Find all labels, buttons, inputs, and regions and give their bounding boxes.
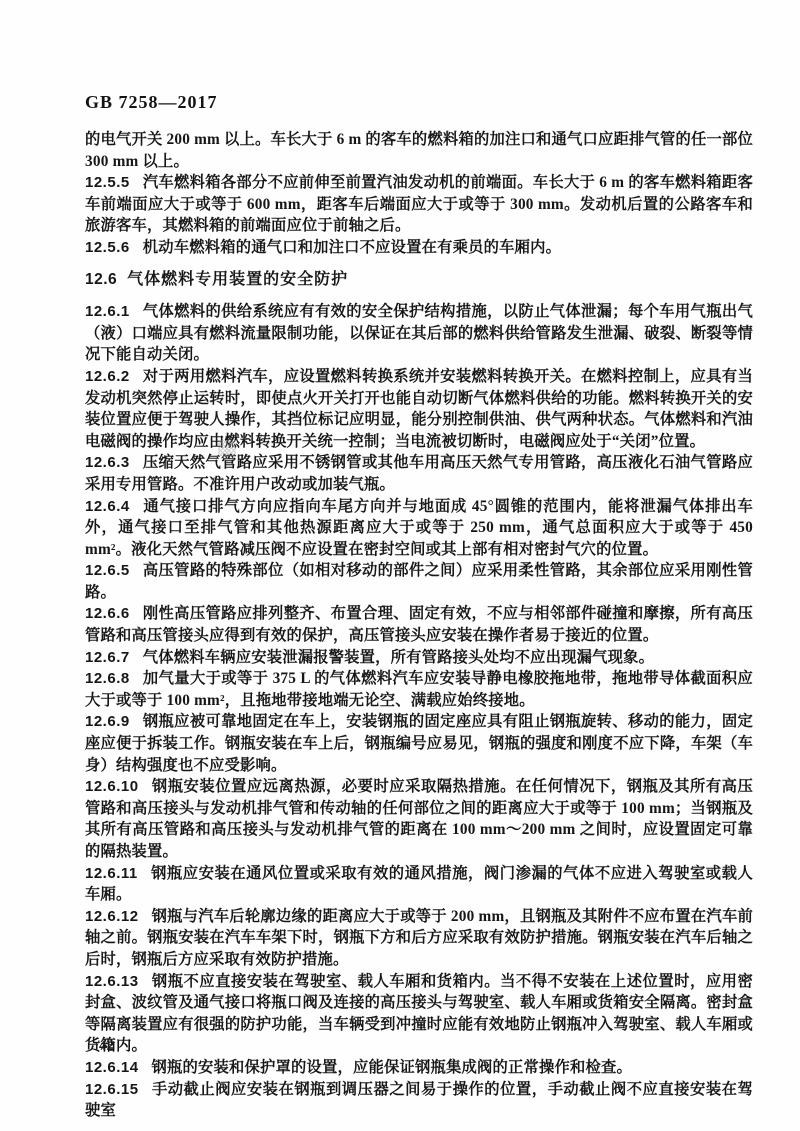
clause-text: 钢瓶与汽车后轮廓边缘的距离应大于或等于 200 mm，且钢瓶及其附件不应布置在汽… [85, 908, 753, 968]
clause-text: 对于两用燃料汽车，应设置燃料转换系统并安装燃料转换开关。在燃料控制上，应具有当发… [85, 368, 753, 450]
clause-number: 12.6.5 [85, 562, 143, 579]
clause-paragraph: 的电气开关 200 mm 以上。车长大于 6 m 的客车的燃料箱的加注口和通气口… [85, 129, 753, 172]
clause-number: 12.6.8 [85, 670, 143, 687]
clause-number: 12.6.13 [85, 973, 152, 990]
clause-text: 钢瓶安装位置应远离热源，必要时应采取隔热措施。在任何情况下，钢瓶及其所有高压管路… [85, 778, 753, 860]
clause-text: 钢瓶应安装在通风位置或采取有效的通风措施，阀门渗漏的气体不应进入驾驶室或载人车厢… [85, 865, 753, 904]
clause-number: 12.6.4 [85, 498, 143, 515]
scanned-page: GB 7258—2017 的电气开关 200 mm 以上。车长大于 6 m 的客… [0, 0, 800, 1131]
section-heading: 12.6气体燃料专用装置的安全防护 [85, 269, 753, 291]
clause-paragraph: 12.6.6刚性高压管路应排列整齐、布置合理、固定有效，不应与相邻部件碰撞和摩擦… [85, 603, 753, 646]
clause-text: 刚性高压管路应排列整齐、布置合理、固定有效，不应与相邻部件碰撞和摩擦，所有高压管… [85, 605, 753, 644]
clause-number: 12.6.3 [85, 454, 143, 471]
clause-paragraph: 12.5.5汽车燃料箱各部分不应前伸至前置汽油发动机的前端面。车长大于 6 m … [85, 172, 753, 237]
clause-paragraph: 12.6.12钢瓶与汽车后轮廓边缘的距离应大于或等于 200 mm，且钢瓶及其附… [85, 906, 753, 971]
clause-number: 12.6.15 [85, 1081, 152, 1098]
clause-number: 12.6.7 [85, 649, 143, 666]
standard-code-header: GB 7258—2017 [85, 92, 218, 113]
clause-number: 12.6.12 [85, 908, 152, 925]
clause-text: 机动车燃料箱的通气口和加注口不应设置在有乘员的车厢内。 [143, 239, 561, 256]
clause-number: 12.5.5 [85, 174, 143, 191]
clause-paragraph: 12.6.10钢瓶安装位置应远离热源，必要时应采取隔热措施。在任何情况下，钢瓶及… [85, 776, 753, 862]
clause-text: 气体燃料车辆应安装泄漏报警装置，所有管路接头处均不应出现漏气现象。 [143, 649, 654, 666]
clause-text: 手动截止阀应安装在钢瓶到调压器之间易于操作的位置，手动截止阀不应直接安装在驾驶室 [85, 1081, 753, 1120]
page-number: 42 [99, 1038, 114, 1055]
clause-number: 12.6.9 [85, 713, 143, 730]
clause-paragraph: 12.6.8加气量大于或等于 375 L 的气体燃料汽车应安装导静电橡胶拖地带，… [85, 668, 753, 711]
clause-number: 12.6 [85, 271, 127, 288]
clause-text: 气体燃料专用装置的安全防护 [127, 271, 348, 288]
clause-text: 钢瓶的安装和保护罩的设置，应能保证钢瓶集成阀的正常操作和检查。 [152, 1059, 632, 1076]
clause-paragraph: 12.6.7气体燃料车辆应安装泄漏报警装置，所有管路接头处均不应出现漏气现象。 [85, 647, 753, 669]
clause-text: 通气接口排气方向应指向车尾方向并与地面成 45°圆锥的范围内，能将泄漏气体排出车… [85, 498, 753, 558]
clause-paragraph: 12.6.4通气接口排气方向应指向车尾方向并与地面成 45°圆锥的范围内，能将泄… [85, 496, 753, 561]
clause-number: 12.6.6 [85, 605, 143, 622]
clause-number: 12.6.1 [85, 303, 143, 320]
clause-paragraph: 12.6.3压缩天然气管路应采用不锈钢管或其他车用高压天然气专用管路，高压液化石… [85, 452, 753, 495]
clause-paragraph: 12.6.9钢瓶应被可靠地固定在车上，安装钢瓶的固定座应具有阻止钢瓶旋转、移动的… [85, 711, 753, 776]
clause-paragraph: 12.5.6机动车燃料箱的通气口和加注口不应设置在有乘员的车厢内。 [85, 237, 753, 259]
clause-text: 钢瓶不应直接安装在驾驶室、载人车厢和货箱内。当不得不安装在上述位置时，应用密封盒… [85, 973, 753, 1055]
clause-number: 12.6.11 [85, 865, 151, 882]
clause-text: 加气量大于或等于 375 L 的气体燃料汽车应安装导静电橡胶拖地带，拖地带导体截… [85, 670, 753, 709]
clause-number: 12.6.2 [85, 368, 143, 385]
clause-text: 高压管路的特殊部位（如相对移动的部件之间）应采用柔性管路，其余部位应采用刚性管路… [85, 562, 753, 601]
clause-text: 汽车燃料箱各部分不应前伸至前置汽油发动机的前端面。车长大于 6 m 的客车燃料箱… [85, 174, 753, 234]
clause-number: 12.6.10 [85, 778, 152, 795]
clause-paragraph: 12.6.1气体燃料的供给系统应有有效的安全保护结构措施，以防止气体泄漏；每个车… [85, 301, 753, 366]
clause-paragraph: 12.6.5高压管路的特殊部位（如相对移动的部件之间）应采用柔性管路，其余部位应… [85, 560, 753, 603]
clause-number: 12.6.14 [85, 1059, 152, 1076]
clause-text: 的电气开关 200 mm 以上。车长大于 6 m 的客车的燃料箱的加注口和通气口… [85, 131, 753, 170]
clause-text: 气体燃料的供给系统应有有效的安全保护结构措施，以防止气体泄漏；每个车用气瓶出气（… [85, 303, 753, 363]
document-body: 的电气开关 200 mm 以上。车长大于 6 m 的客车的燃料箱的加注口和通气口… [85, 129, 753, 1122]
clause-number: 12.5.6 [85, 239, 143, 256]
clause-paragraph: 12.6.13钢瓶不应直接安装在驾驶室、载人车厢和货箱内。当不得不安装在上述位置… [85, 971, 753, 1057]
clause-paragraph: 12.6.15手动截止阀应安装在钢瓶到调压器之间易于操作的位置，手动截止阀不应直… [85, 1079, 753, 1122]
clause-text: 压缩天然气管路应采用不锈钢管或其他车用高压天然气专用管路，高压液化石油气管路应采… [85, 454, 753, 493]
clause-paragraph: 12.6.14钢瓶的安装和保护罩的设置，应能保证钢瓶集成阀的正常操作和检查。 [85, 1057, 753, 1079]
clause-paragraph: 12.6.2对于两用燃料汽车，应设置燃料转换系统并安装燃料转换开关。在燃料控制上… [85, 366, 753, 452]
clause-text: 钢瓶应被可靠地固定在车上，安装钢瓶的固定座应具有阻止钢瓶旋转、移动的能力，固定座… [85, 713, 753, 773]
clause-paragraph: 12.6.11钢瓶应安装在通风位置或采取有效的通风措施，阀门渗漏的气体不应进入驾… [85, 863, 753, 906]
